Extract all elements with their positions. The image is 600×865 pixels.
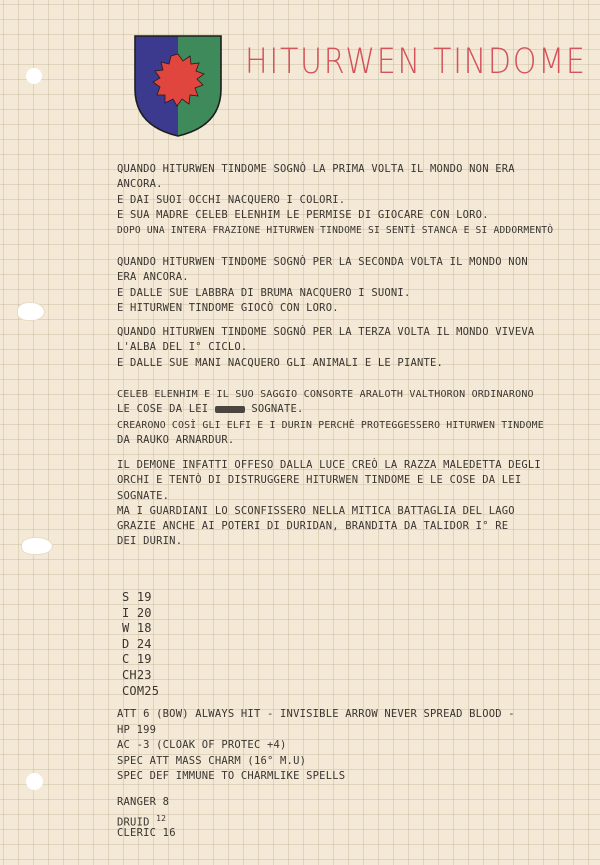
text-line: Ma i guardiani lo sconfissero nella miti…	[117, 504, 541, 519]
text-line: Crearono così gli elfi e i durin perchè …	[117, 418, 544, 433]
special-defense-line: SPEC DEF immune to charmlike spells	[117, 769, 515, 785]
stat-wisdom: W 18	[122, 621, 159, 637]
special-attack-line: SPEC ATT mass charm (16° M.U)	[117, 754, 515, 770]
binder-hole-3-torn	[22, 538, 52, 554]
text-line: Il demone infatti offeso dalla luce creò…	[117, 458, 541, 473]
lore-paragraph-2: Quando Hiturwen Tindome sognò per la sec…	[117, 255, 528, 316]
text-line: l'alba del I° ciclo.	[117, 340, 534, 355]
text-line: ancora.	[117, 177, 553, 192]
stat-comeliness: COM25	[122, 684, 159, 700]
lore-paragraph-1: Quando Hiturwen Tindome sognò la prima v…	[117, 162, 553, 238]
text-line: E dalle sue mani nacquero gli animali e …	[117, 356, 534, 371]
redacted-scribble	[215, 406, 245, 413]
text-line: E Hiturwen Tindome giocò con loro.	[117, 301, 528, 316]
binder-hole-2-torn	[18, 303, 44, 320]
text-line: Celeb Elenhim e il suo saggio consorte A…	[117, 387, 544, 402]
stat-intelligence: I 20	[122, 606, 159, 622]
combat-abilities: ATT 6 (bow) always hit - invisible arrow…	[117, 707, 515, 785]
text-line: Quando Hiturwen Tindome sognò per la ter…	[117, 325, 534, 340]
text-line: E sua madre Celeb Elenhim le permise di …	[117, 208, 553, 223]
class-cleric: Cleric 16	[117, 826, 176, 842]
binder-hole-1	[26, 68, 42, 84]
stat-constitution: C 19	[122, 652, 159, 668]
text-line: Dopo una intera frazione Hiturwen Tindom…	[117, 223, 553, 238]
stat-strength: S 19	[122, 590, 159, 606]
text-line: Quando Hiturwen Tindome sognò la prima v…	[117, 162, 553, 177]
attack-line: ATT 6 (bow) always hit - invisible arrow…	[117, 707, 515, 723]
text-line: E dalle sue labbra di bruma nacquero i s…	[117, 286, 528, 301]
hit-points-line: HP 199	[117, 723, 515, 739]
ability-scores: S 19 I 20 W 18 D 24 C 19 CH23 COM25	[122, 590, 159, 699]
text-line: orchi e tentò di distruggere Hiturwen Ti…	[117, 473, 541, 488]
lore-paragraph-4: Celeb Elenhim e il suo saggio consorte A…	[117, 387, 544, 448]
text-line: era ancora.	[117, 270, 528, 285]
text-line: grazie anche ai poteri di Duridan, brand…	[117, 519, 541, 534]
heraldic-shield-icon	[133, 34, 223, 138]
class-druid: Druid 12	[117, 811, 176, 827]
text-line: Quando Hiturwen Tindome sognò per la sec…	[117, 255, 528, 270]
text-line: sognate.	[117, 489, 541, 504]
lore-paragraph-5: Il demone infatti offeso dalla luce creò…	[117, 458, 541, 550]
text-line: E dai suoi occhi nacquero i colori.	[117, 193, 553, 208]
armor-class-line: AC -3 (cloak of protec +4)	[117, 738, 515, 754]
document-title: HITURWEN TINDOME	[245, 42, 587, 82]
lore-paragraph-3: Quando Hiturwen Tindome sognò per la ter…	[117, 325, 534, 371]
text-line: da Rauko Arnardur.	[117, 433, 544, 448]
class-ranger: Ranger 8	[117, 795, 176, 811]
class-levels: Ranger 8 Druid 12 Cleric 16	[117, 795, 176, 842]
text-line: LE COSE DA LEI SOGNATE.	[117, 402, 544, 417]
binder-hole-4	[26, 773, 43, 790]
stat-dexterity: D 24	[122, 637, 159, 653]
text-line: dei Durin.	[117, 534, 541, 549]
stat-charisma: CH23	[122, 668, 159, 684]
